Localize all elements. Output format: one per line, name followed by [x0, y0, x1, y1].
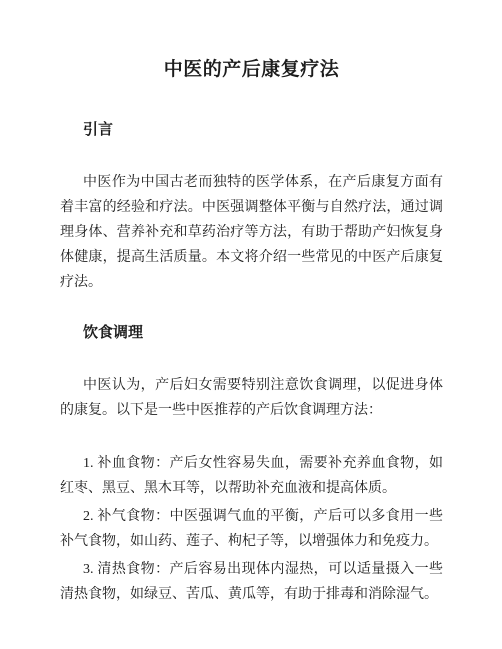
- document-page: 中医的产后康复疗法 引言 中医作为中国古老而独特的医学体系，在产后康复方面有着丰…: [0, 0, 502, 649]
- paragraph-diet-intro: 中医认为，产后妇女需要特别注意饮食调理，以促进身体的康复。以下是一些中医推荐的产…: [60, 373, 443, 423]
- list-item-qi-tonic-foods: 2. 补气食物：中医强调气血的平衡，产后可以多食用一些补气食物，如山药、莲子、枸…: [60, 504, 443, 554]
- list-item-heat-clearing-foods: 3. 清热食物：产后容易出现体内湿热，可以适量摄入一些清热食物，如绿豆、苦瓜、黄…: [60, 557, 443, 607]
- paragraph-introduction: 中医作为中国古老而独特的医学体系，在产后康复方面有着丰富的经验和疗法。中医强调整…: [60, 170, 443, 295]
- list-item-blood-tonic-foods: 1. 补血食物：产后女性容易失血，需要补充养血食物，如红枣、黑豆、黑木耳等，以帮…: [60, 451, 443, 501]
- section-heading-diet-regulation: 饮食调理: [83, 323, 443, 341]
- document-title: 中医的产后康复疗法: [60, 56, 443, 82]
- section-heading-introduction: 引言: [83, 120, 443, 138]
